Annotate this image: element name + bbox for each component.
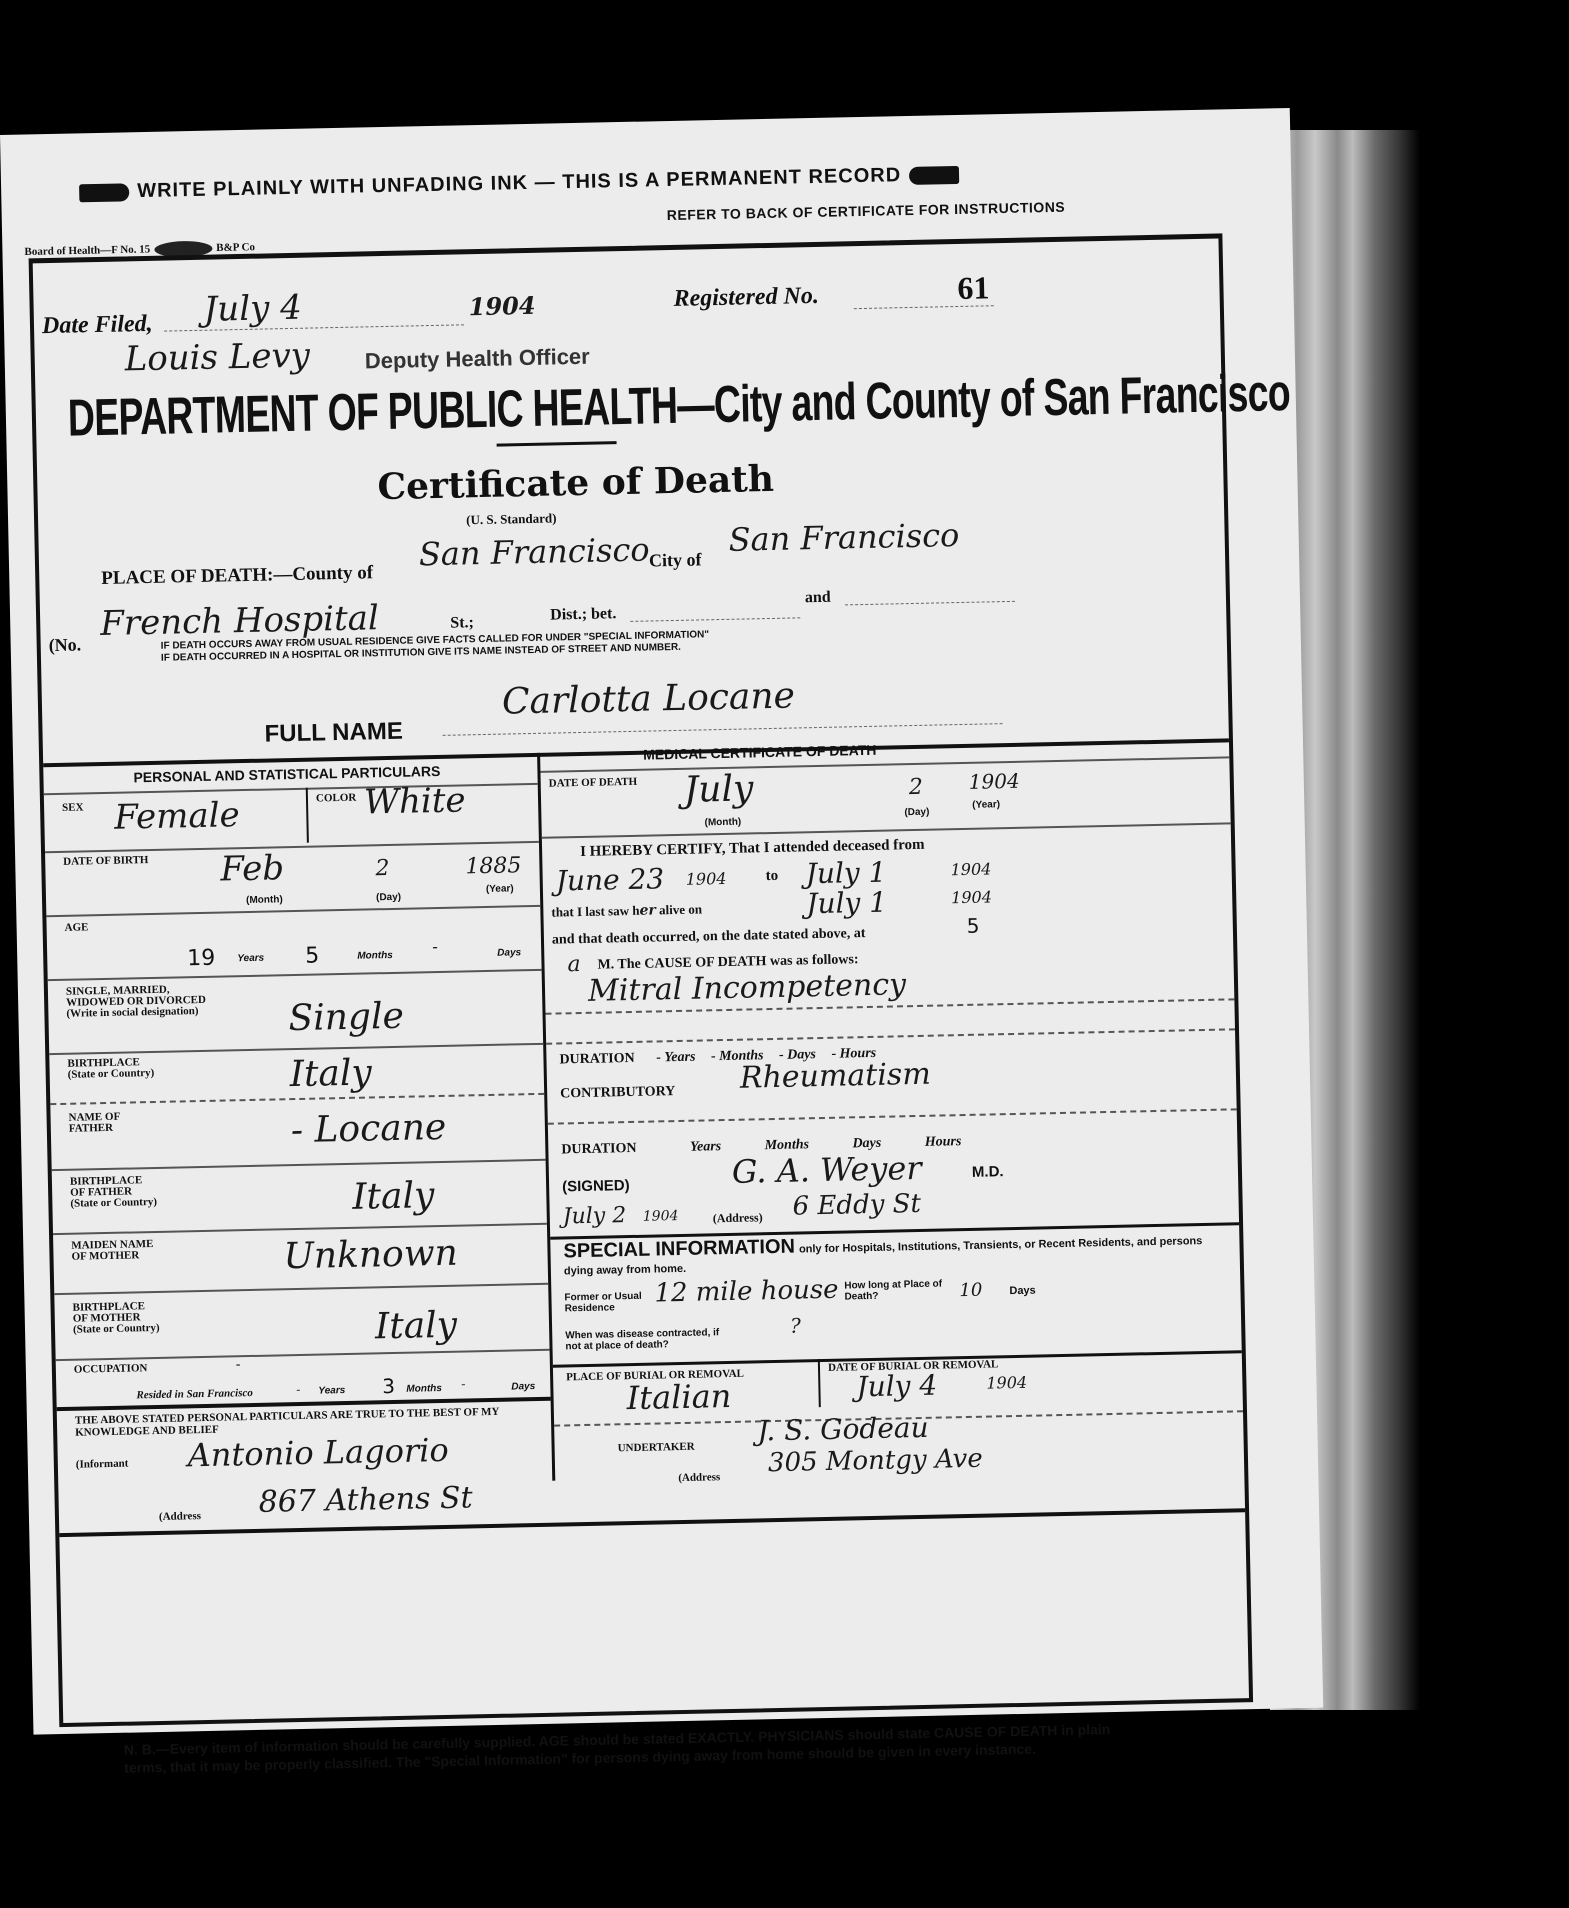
dob-month: Feb [220, 848, 284, 889]
undertaker-address: 305 Montgy Ave [768, 1444, 983, 1478]
refer-instructions: REFER TO BACK OF CERTIFICATE FOR INSTRUC… [667, 199, 1066, 223]
year-caption: (Year) [486, 883, 514, 895]
pointing-hand-icon [909, 166, 959, 185]
title-divider [497, 441, 617, 447]
residence-label: Former or Usual Residence [564, 1291, 654, 1315]
month-caption: (Month) [704, 817, 741, 829]
how-long-unit: Days [1009, 1285, 1036, 1298]
row-line [54, 1283, 548, 1295]
column-divider [537, 753, 555, 1481]
sex-value: Female [114, 795, 240, 838]
informant-address-label: (Address [159, 1510, 201, 1523]
color-value: White [364, 780, 466, 822]
last-saw-year: 1904 [951, 887, 992, 907]
dod-label: DATE OF DEATH [549, 777, 638, 790]
last-saw-label: that I last saw her alive on [551, 901, 702, 920]
date-filed-field: July 4 [164, 296, 465, 331]
residence-value: 12 mile house [654, 1275, 839, 1309]
dod-day: 2 [909, 775, 924, 800]
dist-bet-label: Dist.; bet. [550, 605, 617, 624]
burial-date: July 4 [856, 1369, 937, 1404]
contracted-value: ? [790, 1313, 801, 1337]
resided-label: Resided in San Francisco [136, 1387, 253, 1401]
dob-year: 1885 [465, 853, 522, 879]
months-label: Months [357, 950, 393, 962]
father-birthplace-label: BIRTHPLACE OF FATHER (State or Country) [70, 1175, 157, 1210]
dod-year: 1904 [969, 769, 1020, 794]
full-name-field: Carlotta Locane [442, 695, 1002, 736]
informant-label: (Informant [76, 1458, 129, 1471]
age-years: 19 [187, 946, 216, 972]
death-meridiem: a [567, 952, 581, 977]
bottom-border [59, 1508, 1245, 1537]
row-line [45, 841, 539, 853]
burial-divider [818, 1359, 821, 1407]
row-line [56, 1349, 550, 1361]
dod-month: July [683, 768, 753, 810]
mother-birthplace-value: Italy [375, 1305, 458, 1348]
cause-of-death: Mitral Incompetency [588, 967, 907, 1009]
medical-section-title: MEDICAL CERTIFICATE OF DEATH [643, 742, 877, 763]
row-line [52, 1159, 546, 1171]
informant-address: 867 Athens St [258, 1480, 473, 1519]
death-occurred-text: and that death occurred, on the date sta… [552, 926, 866, 949]
father-name-label: NAME OF FATHER [68, 1112, 120, 1135]
date-filed-label: Date Filed, [42, 311, 153, 340]
signed-year: 1904 [643, 1208, 679, 1225]
death-certificate-page: WRITE PLAINLY WITH UNFADING INK — THIS I… [0, 108, 1323, 1735]
undertaker-name: J. S. Godeau [757, 1411, 929, 1448]
birthplace-label: BIRTHPLACE (State or Country) [67, 1057, 154, 1081]
signed-label: (SIGNED) [562, 1177, 630, 1195]
day-caption: (Day) [904, 807, 929, 819]
county-value: San Francisco [418, 530, 649, 573]
day-caption: (Day) [376, 892, 401, 904]
undertaker-label: UNDERTAKER [618, 1442, 695, 1455]
color-label: COLOR [316, 793, 357, 805]
father-birthplace-value: Italy [352, 1175, 435, 1218]
dist-field [630, 599, 800, 622]
permanent-record-banner: WRITE PLAINLY WITH UNFADING INK — THIS I… [71, 163, 967, 205]
years-label: Years [318, 1385, 345, 1397]
months-label: Months [406, 1383, 442, 1395]
years-label: Years [237, 953, 264, 965]
row-line [53, 1223, 547, 1235]
us-standard-label: (U. S. Standard) [466, 510, 557, 528]
md-label: M.D. [972, 1163, 1004, 1181]
marital-value: Single [288, 996, 404, 1039]
how-long-value: 10 [959, 1280, 982, 1301]
contracted-label: When was disease contracted, if not at p… [565, 1327, 735, 1353]
contributory-label: CONTRIBUTORY [560, 1084, 675, 1102]
and-field [845, 583, 1015, 606]
officer-title: Deputy Health Officer [365, 344, 590, 375]
father-name-value: - Locane [290, 1107, 446, 1151]
city-value: San Francisco [728, 516, 959, 559]
section-divider [43, 738, 1229, 767]
physician-address: 6 Eddy St [792, 1189, 921, 1222]
pointing-hand-icon [79, 183, 129, 202]
signed-date: July 2 [563, 1203, 627, 1229]
contributory-value: Rheumatism [740, 1057, 932, 1096]
month-caption: (Month) [246, 894, 283, 906]
registered-no-label: Registered No. [673, 283, 819, 313]
undertaker-address-label: (Address [678, 1471, 720, 1484]
resided-years: - [296, 1382, 300, 1397]
and-label: and [805, 589, 831, 608]
mother-maiden-label: MAIDEN NAME OF MOTHER [71, 1239, 154, 1263]
date-filed-year: 1904 [468, 291, 535, 321]
days-label: Days [497, 947, 521, 958]
physician-address-label: (Address) [713, 1210, 763, 1226]
year-caption: (Year) [972, 799, 1000, 811]
sex-label: SEX [62, 802, 84, 813]
days-label: Days [511, 1381, 535, 1392]
physician-signature: G. A. Weyer [731, 1149, 922, 1191]
attended-from-year: 1904 [686, 869, 727, 889]
city-label: City of [649, 549, 702, 571]
certificate-frame: Date Filed, July 4 1904 Registered No. 6… [29, 233, 1254, 1727]
age-days: - [432, 937, 438, 956]
mother-birthplace-label: BIRTHPLACE OF MOTHER (State or Country) [72, 1301, 159, 1336]
age-months: 5 [305, 943, 320, 968]
row-line [546, 1028, 1235, 1044]
row-line [48, 969, 542, 981]
sex-color-divider [306, 788, 309, 843]
marital-label: SINGLE, MARRIED, WIDOWED OR DIVORCED (Wr… [66, 984, 206, 1020]
street-number-label: (No. [48, 634, 81, 656]
burial-place: Italian [626, 1377, 732, 1417]
occupation-label: OCCUPATION [74, 1363, 148, 1376]
row-line [542, 822, 1231, 838]
birthplace-value: Italy [289, 1052, 372, 1095]
death-hour: 5 [967, 914, 980, 938]
row-line [548, 1108, 1237, 1124]
to-label: to [766, 868, 779, 885]
footnote-instructions: N. B.—Every item of information should b… [124, 1720, 1125, 1777]
full-name-label: FULL NAME [264, 718, 403, 749]
attended-from: June 23 [555, 862, 664, 897]
informant-name: Antonio Lagorio [187, 1431, 449, 1474]
dob-day: 2 [375, 856, 390, 881]
age-label: AGE [65, 922, 89, 933]
registered-no-field: 61 [853, 279, 994, 309]
row-line [46, 905, 540, 917]
occupation-value: - [236, 1357, 241, 1373]
attended-to-year: 1904 [950, 859, 991, 879]
certificate-title: Certificate of Death [377, 458, 774, 508]
st-label: St.; [450, 614, 474, 632]
resided-months: 3 [382, 1374, 395, 1398]
how-long-label: How long at Place of Death? [844, 1278, 944, 1302]
resided-days: - [461, 1377, 465, 1392]
dob-label: DATE OF BIRTH [63, 855, 148, 868]
mother-maiden-value: Unknown [283, 1233, 458, 1278]
officer-signature: Louis Levy [124, 336, 310, 380]
last-saw-date: July 1 [806, 886, 887, 921]
place-of-death-label: PLACE OF DEATH:—County of [101, 562, 373, 590]
burial-year: 1904 [986, 1373, 1027, 1393]
